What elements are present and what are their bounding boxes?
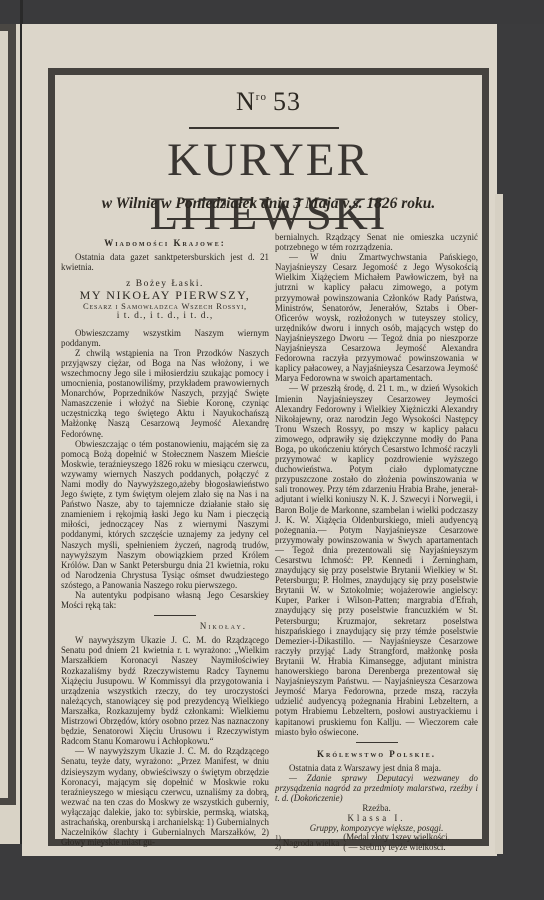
previous-page-border — [0, 798, 16, 805]
right-column: bernialnych. Rządzący Senat nie omieszka… — [275, 232, 478, 852]
signature: Nikołay. — [61, 621, 247, 631]
previous-page-border — [8, 24, 16, 799]
paragraph: W naywyższym Ukazie J. C. M. do Rządzące… — [61, 635, 269, 746]
paragraph: Na autentyku podpisano własną Jego Cesar… — [61, 590, 269, 610]
award-number: 2) — [275, 843, 281, 852]
section-heading: Wiadomości Krajowe: — [61, 238, 269, 248]
divider-rule — [167, 218, 380, 220]
paragraph: — W dniu Zmartwychwstania Pańskiego, Nay… — [275, 252, 478, 383]
proclamation-etc: i t. d., i t. d., i t. d., — [61, 311, 269, 321]
paragraph: — W przeszłą środę, d. 21 t. m., w dzień… — [275, 383, 478, 736]
subheading: Rzeźba. — [275, 803, 478, 813]
paragraph: Z chwilą wstąpienia na Tron Przodków Nas… — [61, 348, 269, 439]
paragraph: bernialnych. Rządzący Senat nie omieszka… — [275, 232, 478, 252]
page-frame: Nro53 KURYER LITEWSKI w Wilnie w Poniedz… — [48, 68, 489, 846]
number-sup: ro — [256, 91, 267, 103]
newspaper-title: KURYER LITEWSKI — [55, 133, 482, 241]
award-number: 1) — [275, 834, 281, 843]
left-column: Wiadomości Krajowe: Ostatnia data gazet … — [61, 232, 269, 847]
award-entry: 1) 2) Nagroda wielka (Medal złoty 1szey … — [275, 833, 478, 852]
divider-rule — [189, 127, 339, 129]
dateline: w Wilnie w Poniedziałek dnia 3 Maja v.s.… — [55, 195, 482, 213]
award-label: Nagroda wielka — [283, 838, 339, 848]
divider-rule — [356, 742, 398, 743]
issue-number: Nro53 — [55, 87, 482, 117]
proclamation-title: Cesarz i Samowładzca Wszech Rossyi, — [61, 301, 269, 311]
paragraph: Ostatnia data gazet sanktpetersburskich … — [61, 252, 269, 272]
section-heading: Królewstwo Polskie. — [275, 749, 478, 759]
paragraph: Obwieszczamy wszystkim Naszym wiernym po… — [61, 328, 269, 348]
proclamation-sovereign: MY NIKOŁAY PIERWSZY, — [61, 289, 269, 301]
subheading: Klassa I. — [275, 813, 478, 823]
viewer-background — [0, 0, 544, 24]
divider-rule — [154, 615, 196, 616]
paragraph: — W naywyższym Ukazie J. C. M. do Rządzą… — [61, 746, 269, 847]
award-line: ( — srebrny teyże wielkości. — [343, 843, 449, 853]
newspaper-page: Nro53 KURYER LITEWSKI w Wilnie w Poniedz… — [22, 24, 497, 856]
number-prefix: N — [236, 87, 256, 116]
number-value: 53 — [273, 87, 301, 116]
paragraph: Obwieszczając o tém postanowieniu, mając… — [61, 439, 269, 590]
paragraph: Ostatnia data z Warszawy jest dnia 8 maj… — [275, 763, 478, 773]
paragraph: — Zdanie sprawy Deputacyi wezwaney do pr… — [275, 773, 478, 803]
